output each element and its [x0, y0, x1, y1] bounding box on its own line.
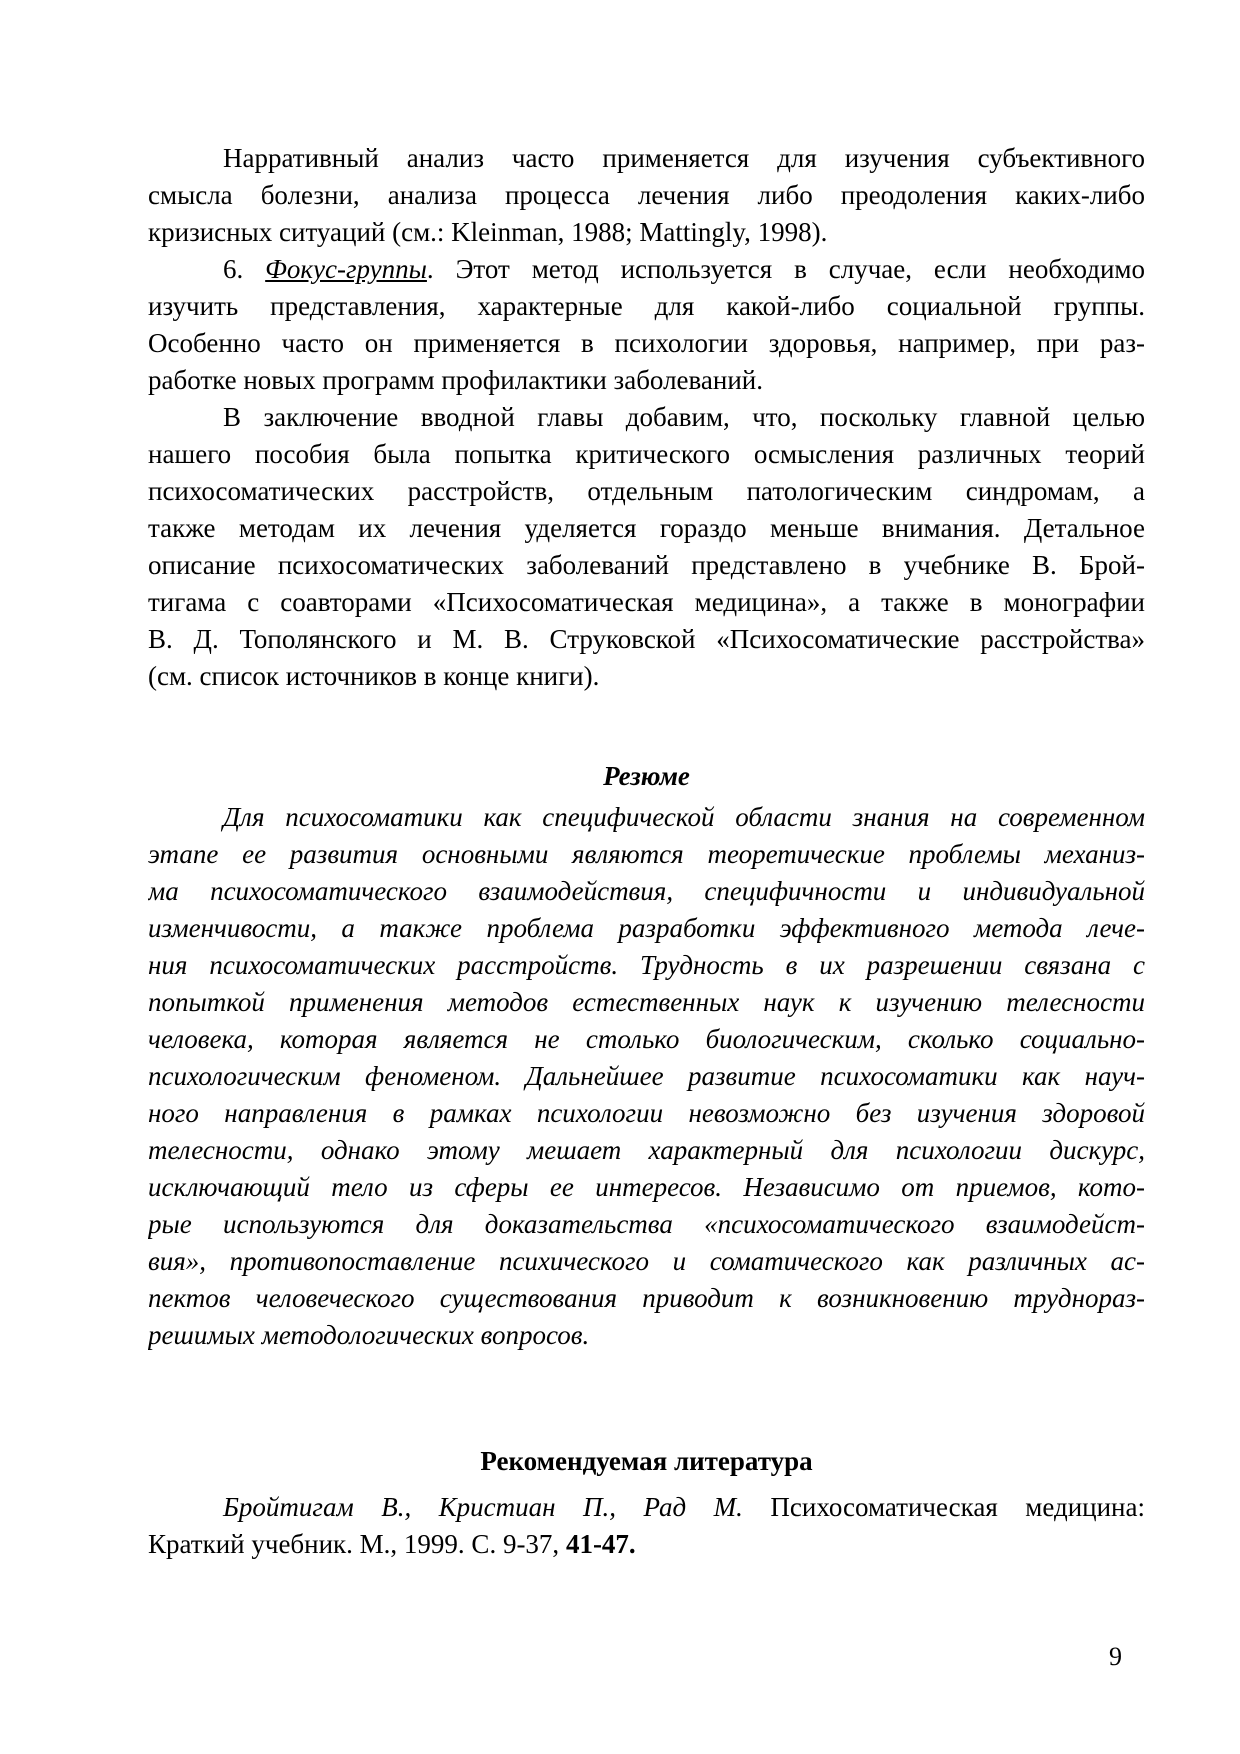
text-line: В заключение вводной главы добавим, что,… [148, 399, 1145, 436]
text-segment: вия», противопоставление психического и … [148, 1246, 1145, 1276]
text-segment: Краткий учебник. М., 1999. С. 9-37, [148, 1529, 566, 1559]
text-line: вия», противопоставление психического и … [148, 1243, 1145, 1280]
text-line: психологическим феноменом. Дальнейшее ра… [148, 1058, 1145, 1095]
text-line: смысла болезни, анализа процесса лечения… [148, 177, 1145, 214]
text-segment: ния психосоматических расстройств. Трудн… [148, 950, 1145, 980]
text-line: (см. список источников в конце книги). [148, 658, 1145, 695]
text-segment: кризисных ситуаций (см.: Kleinman, 1988;… [148, 217, 827, 247]
text-line: кризисных ситуаций (см.: Kleinman, 1988;… [148, 214, 1145, 251]
text-segment: Нарративный анализ часто применяется для… [223, 143, 1145, 173]
text-segment: рые используются для доказательства «пси… [148, 1209, 1145, 1239]
text-segment: изучить представления, характерные для к… [148, 291, 1145, 321]
text-line: В. Д. Тополянского и М. В. Струковской «… [148, 621, 1145, 658]
text-line: нашего пособия была попытка критического… [148, 436, 1145, 473]
text-segment: Фокус-группы [265, 254, 427, 284]
text-segment: также методам их лечения уделяется гораз… [148, 513, 1145, 543]
text-segment: 6. [223, 254, 265, 284]
text-segment: В заключение вводной главы добавим, что,… [223, 402, 1145, 432]
text-segment: . Этот метод используется в случае, если… [427, 254, 1145, 284]
text-line: работке новых программ профилактики забо… [148, 362, 1145, 399]
text-line: ния психосоматических расстройств. Трудн… [148, 947, 1145, 984]
text-segment: смысла болезни, анализа процесса лечения… [148, 180, 1145, 210]
text-line: телесности, однако этому мешает характер… [148, 1132, 1145, 1169]
text-line: изменчивости, а также проблема разработк… [148, 910, 1145, 947]
summary-heading: Резюме [148, 758, 1145, 795]
text-segment: человека, которая является не столько би… [148, 1024, 1145, 1054]
text-segment: Особенно часто он применяется в психолог… [148, 328, 1145, 358]
intro-paragraphs: Нарративный анализ часто применяется для… [148, 140, 1145, 695]
text-line: рые используются для доказательства «пси… [148, 1206, 1145, 1243]
text-line: Бройтигам В., Кристиан П., Рад М. Психос… [148, 1489, 1145, 1526]
text-line: человека, которая является не столько би… [148, 1021, 1145, 1058]
text-segment: ма психосоматического взаимодействия, сп… [148, 876, 1145, 906]
text-segment: психологическим феноменом. Дальнейшее ра… [148, 1061, 1145, 1091]
text-line: описание психосоматических заболеваний п… [148, 547, 1145, 584]
text-line: попыткой применения методов естественных… [148, 984, 1145, 1021]
text-line: Краткий учебник. М., 1999. С. 9-37, 41-4… [148, 1526, 1145, 1563]
text-line: изучить представления, характерные для к… [148, 288, 1145, 325]
text-line: тигама с соавторами «Психосоматическая м… [148, 584, 1145, 621]
text-segment: Психосоматическая медицина: [743, 1492, 1145, 1522]
text-segment: психосоматических расстройств, отдельным… [148, 476, 1145, 506]
text-line: также методам их лечения уделяется гораз… [148, 510, 1145, 547]
literature-reference: Бройтигам В., Кристиан П., Рад М. Психос… [148, 1489, 1145, 1563]
text-line: ма психосоматического взаимодействия, сп… [148, 873, 1145, 910]
text-segment: тигама с соавторами «Психосоматическая м… [148, 587, 1145, 617]
summary-paragraph: Для психосоматики как специфической обла… [148, 799, 1145, 1354]
text-line: исключающий тело из сферы ее интересов. … [148, 1169, 1145, 1206]
text-segment: попыткой применения методов естественных… [148, 987, 1145, 1017]
document-page: Нарративный анализ часто применяется для… [0, 0, 1240, 1754]
text-line: пектов человеческого существования приво… [148, 1280, 1145, 1317]
page-number: 9 [1109, 1642, 1122, 1672]
text-segment: исключающий тело из сферы ее интересов. … [148, 1172, 1145, 1202]
text-segment: нашего пособия была попытка критического… [148, 439, 1145, 469]
text-segment: (см. список источников в конце книги). [148, 661, 599, 691]
text-segment: Для психосоматики как специфической обла… [223, 802, 1145, 832]
text-segment: этапе ее развития основными являются тео… [148, 839, 1145, 869]
text-line: психосоматических расстройств, отдельным… [148, 473, 1145, 510]
text-segment: пектов человеческого существования приво… [148, 1283, 1145, 1313]
text-line: Нарративный анализ часто применяется для… [148, 140, 1145, 177]
text-segment: В. Д. Тополянского и М. В. Струковской «… [148, 624, 1145, 654]
text-segment: изменчивости, а также проблема разработк… [148, 913, 1145, 943]
text-segment: 41-47. [566, 1529, 636, 1559]
text-line: Особенно часто он применяется в психолог… [148, 325, 1145, 362]
text-segment: работке новых программ профилактики забо… [148, 365, 763, 395]
text-segment: решимых методологических вопросов. [148, 1320, 589, 1350]
text-segment: Бройтигам В., Кристиан П., Рад М. [223, 1492, 743, 1522]
text-line: 6. Фокус-группы. Этот метод используется… [148, 251, 1145, 288]
text-line: Для психосоматики как специфической обла… [148, 799, 1145, 836]
text-segment: ного направления в рамках психологии нев… [148, 1098, 1145, 1128]
text-line: решимых методологических вопросов. [148, 1317, 1145, 1354]
text-line: этапе ее развития основными являются тео… [148, 836, 1145, 873]
text-line: ного направления в рамках психологии нев… [148, 1095, 1145, 1132]
text-segment: описание психосоматических заболеваний п… [148, 550, 1145, 580]
text-segment: телесности, однако этому мешает характер… [148, 1135, 1145, 1165]
literature-heading: Рекомендуемая литература [148, 1443, 1145, 1480]
